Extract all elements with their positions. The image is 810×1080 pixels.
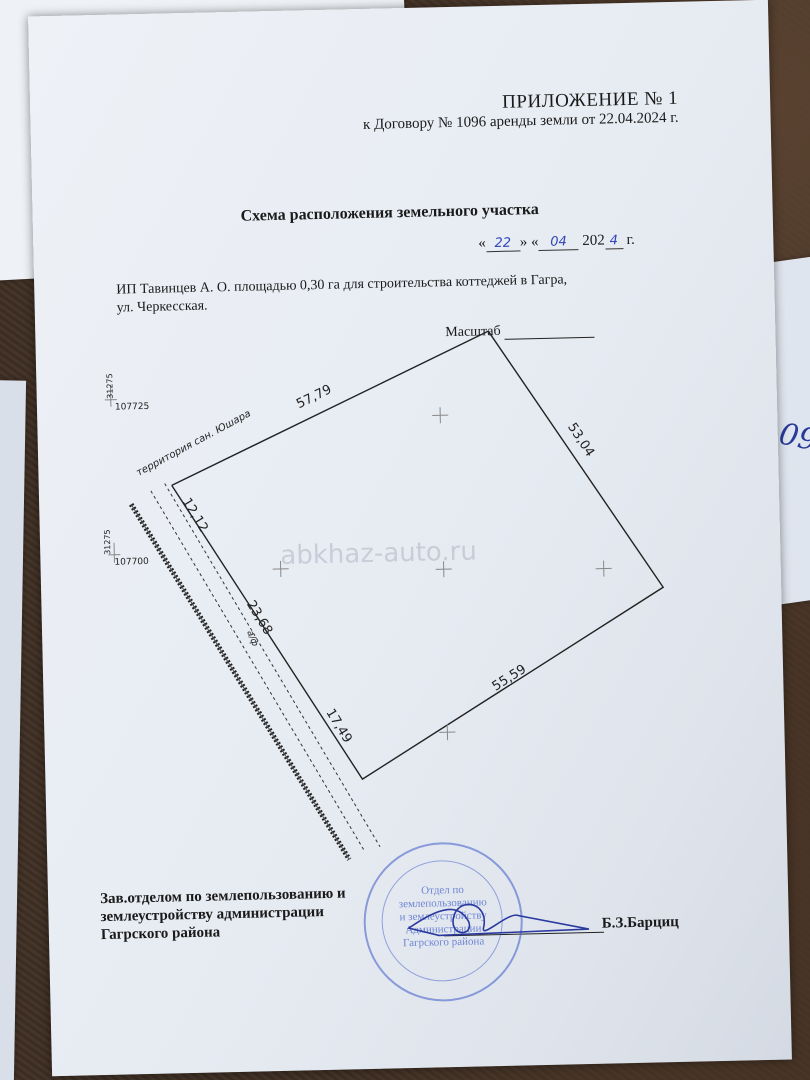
coord-y-1: 31275 xyxy=(105,373,115,399)
coord-y-2: 31275 xyxy=(103,529,113,555)
side-53-04: 53,04 xyxy=(564,420,597,459)
watermark: abkhaz-auto.ru xyxy=(280,536,477,570)
signer-name: Б.З.Барциц xyxy=(602,914,679,933)
document-page: ПРИЛОЖЕНИЕ № 1 к Договору № 1096 аренды … xyxy=(28,0,792,1076)
signature xyxy=(398,884,599,949)
side-57-79: 57,79 xyxy=(294,382,334,412)
side-55-59: 55,59 xyxy=(490,662,529,695)
road-label: а/ф xyxy=(244,629,259,648)
signer-position: Зав.отделом по землепользованию и землеу… xyxy=(100,884,361,944)
coord-x-2: 107700 xyxy=(114,557,149,568)
territory-label: территория сан. Юшара xyxy=(135,408,253,478)
coord-x-1: 107725 xyxy=(115,402,150,413)
road-edge-dashed xyxy=(165,479,380,852)
